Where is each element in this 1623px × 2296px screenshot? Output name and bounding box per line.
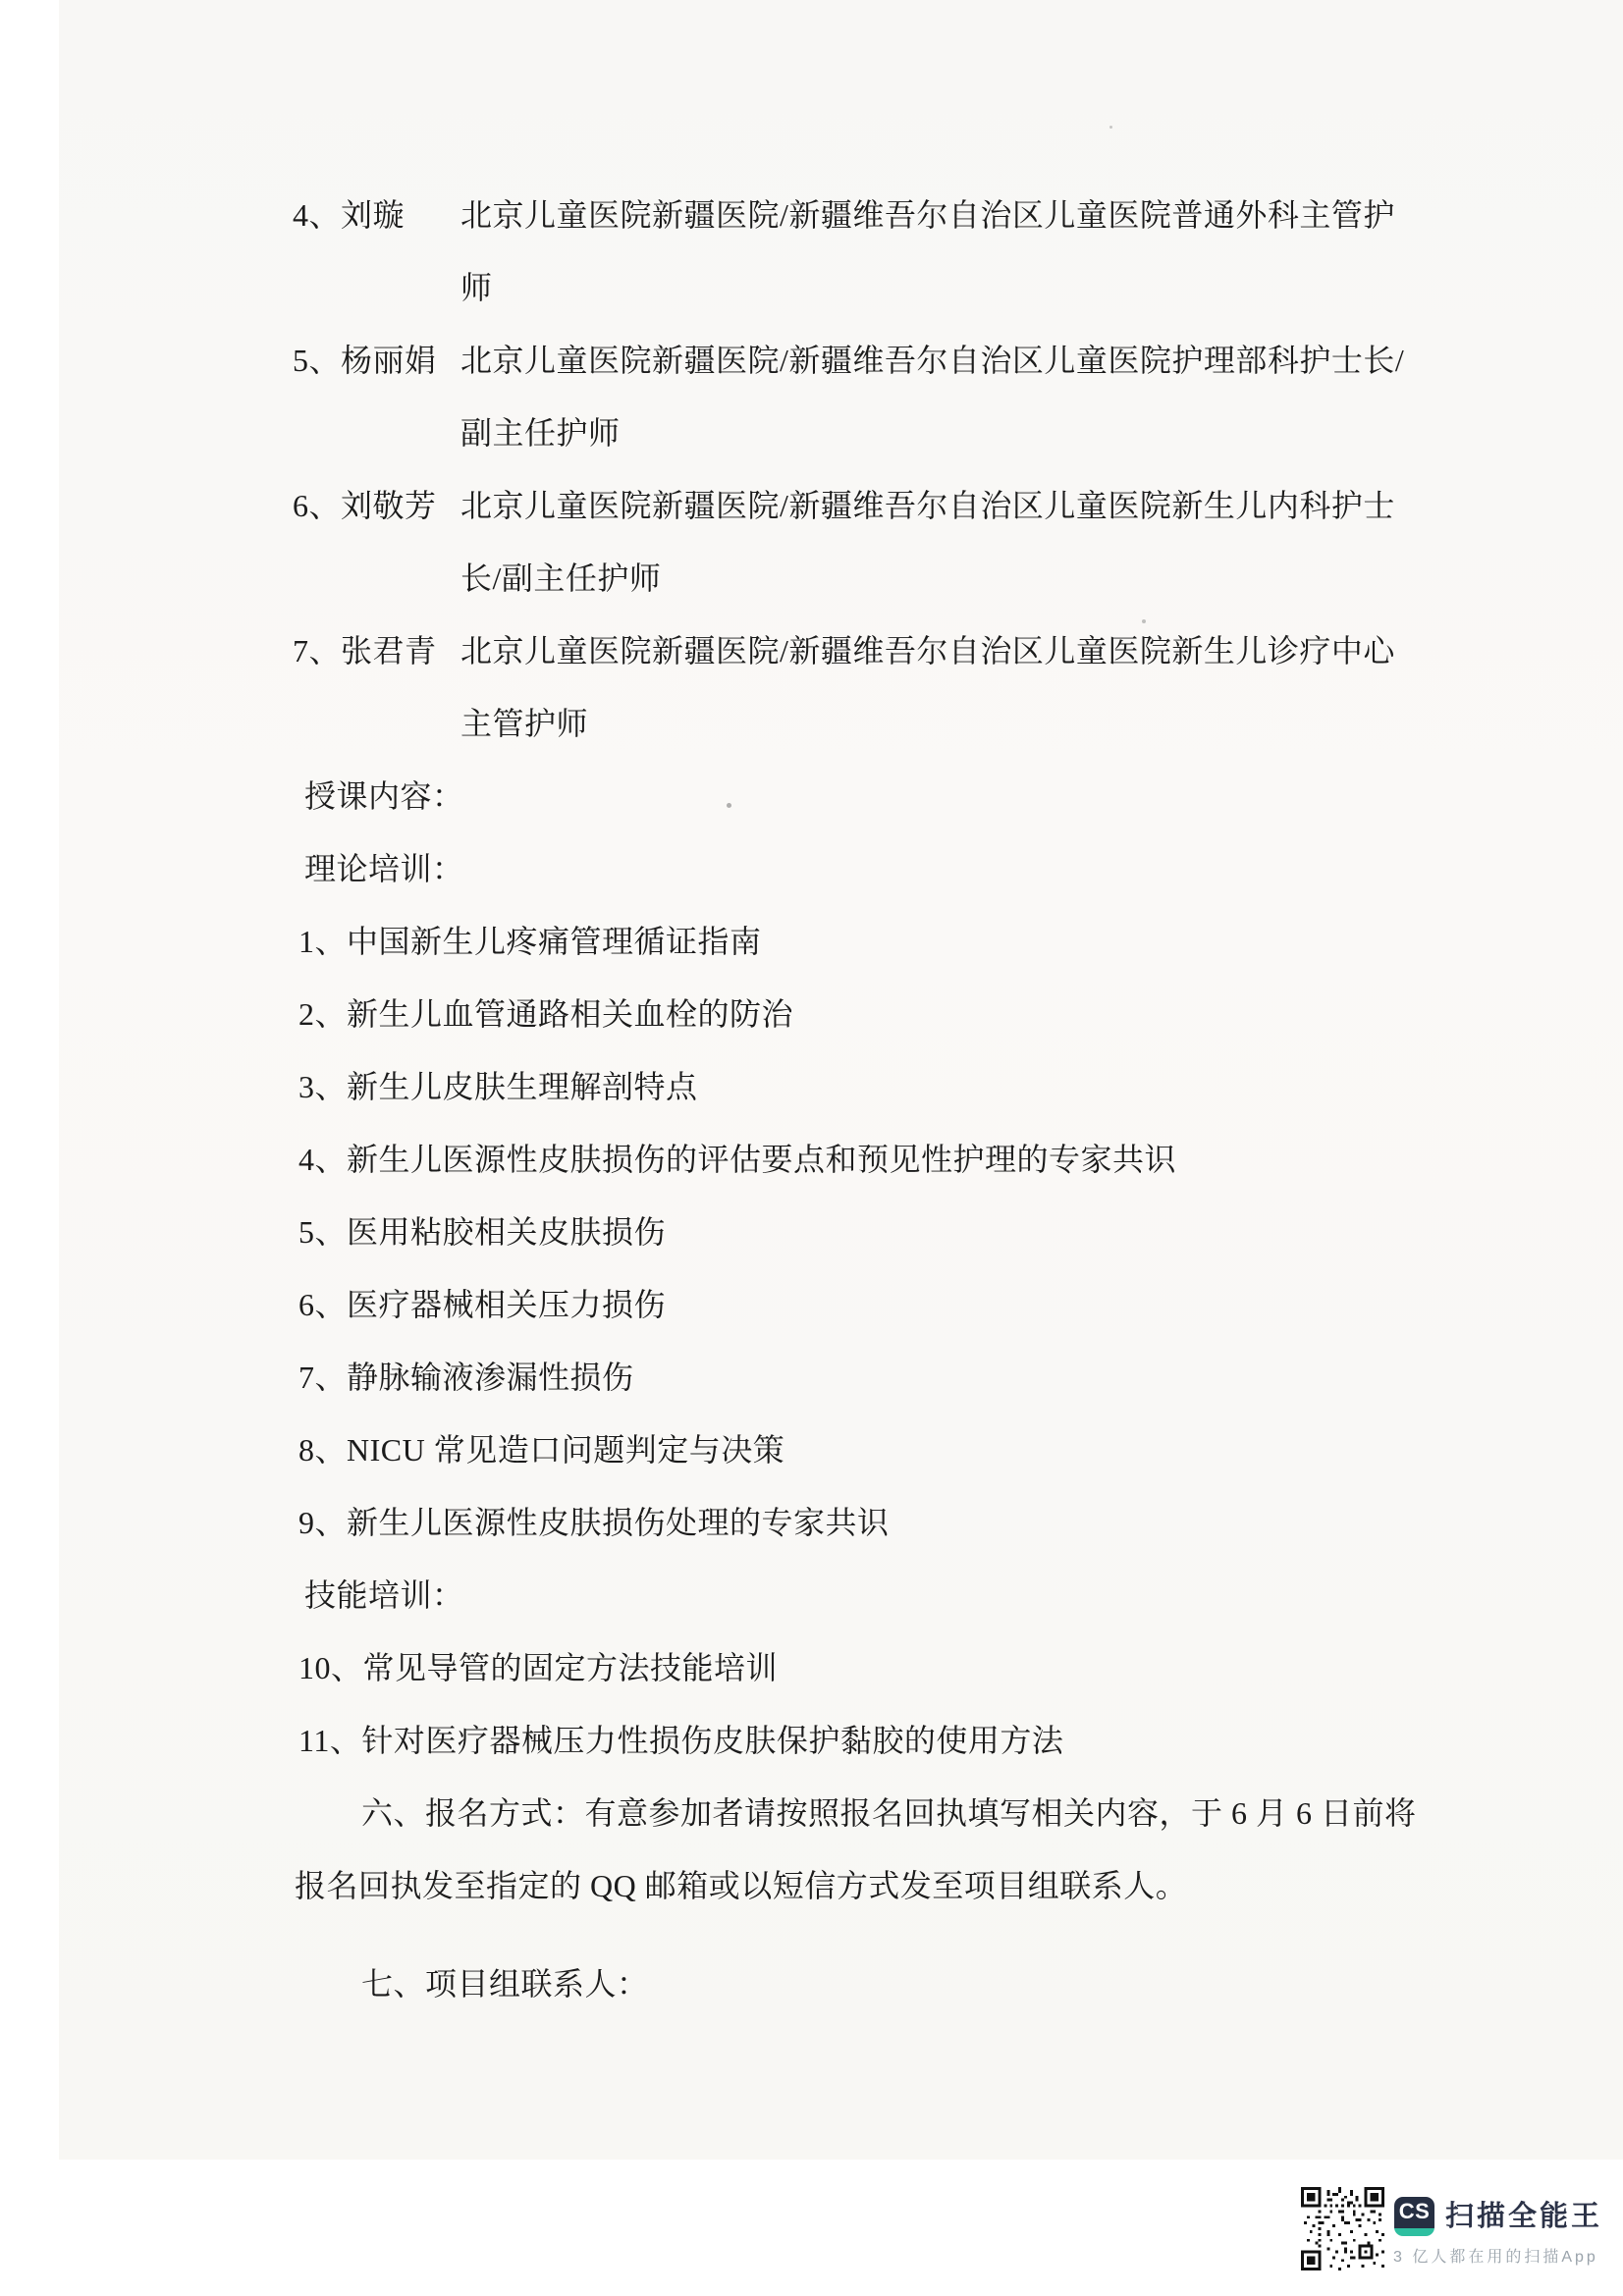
scanned-paper-area: 4、刘璇 北京儿童医院新疆医院/新疆维吾尔自治区儿童医院普通外科主管护 师 5、… bbox=[59, 0, 1623, 2160]
paragraph-six-line2-row: 报名回执发至指定的 QQ 邮箱或以短信方式发至项目组联系人。 bbox=[59, 1849, 1623, 1922]
list-item: 9、新生儿医源性皮肤损伤处理的专家共识 bbox=[59, 1486, 1623, 1559]
watermark-app-name: 扫描全能王 bbox=[1445, 2197, 1602, 2236]
instructor-number-name: 6、刘敬芳 bbox=[293, 469, 437, 542]
list-item: 1、中国新生儿疼痛管理循证指南 bbox=[59, 905, 1623, 978]
instructor-number-name: 7、张君青 bbox=[293, 614, 437, 687]
skills-item-11: 11、针对医疗器械压力性损伤皮肤保护黏胶的使用方法 bbox=[298, 1704, 1063, 1777]
list-item: 3、新生儿皮肤生理解剖特点 bbox=[59, 1050, 1623, 1123]
scan-speck bbox=[1142, 619, 1146, 623]
instructor-entry-wrap: 副主任护师 bbox=[59, 397, 1623, 469]
theory-label-row: 理论培训： bbox=[59, 832, 1623, 905]
cs-logo-teal-bar bbox=[1394, 2228, 1434, 2236]
paragraph-seven-row: 七、项目组联系人： bbox=[59, 1948, 1623, 2020]
theory-training-label: 理论培训： bbox=[304, 832, 464, 905]
qr-code bbox=[1301, 2187, 1384, 2270]
instructor-affiliation: 北京儿童医院新疆医院/新疆维吾尔自治区儿童医院护理部科护士长/ bbox=[460, 324, 1404, 397]
cs-logo-text: CS bbox=[1394, 2197, 1434, 2228]
watermark-tagline: 3 亿人都在用的扫描App bbox=[1393, 2244, 1598, 2267]
theory-item-6: 6、医疗器械相关压力损伤 bbox=[298, 1268, 666, 1341]
theory-item-9: 9、新生儿医源性皮肤损伤处理的专家共识 bbox=[298, 1486, 890, 1559]
theory-item-4: 4、新生儿医源性皮肤损伤的评估要点和预见性护理的专家共识 bbox=[298, 1123, 1176, 1196]
registration-method-line2: 报名回执发至指定的 QQ 邮箱或以短信方式发至项目组联系人。 bbox=[295, 1849, 1187, 1922]
skills-training-label: 技能培训： bbox=[304, 1559, 464, 1631]
registration-method-line1: 六、报名方式：有意参加者请按照报名回执填写相关内容，于 6 月 6 日前将 bbox=[361, 1777, 1417, 1849]
theory-item-3: 3、新生儿皮肤生理解剖特点 bbox=[298, 1050, 698, 1123]
instructor-entry-wrap: 师 bbox=[59, 251, 1623, 324]
instructor-entry: 6、刘敬芳 北京儿童医院新疆医院/新疆维吾尔自治区儿童医院新生儿内科护士 bbox=[59, 469, 1623, 542]
instructor-affiliation-cont: 副主任护师 bbox=[460, 397, 621, 469]
instructor-affiliation: 北京儿童医院新疆医院/新疆维吾尔自治区儿童医院新生儿诊疗中心 bbox=[460, 614, 1395, 687]
instructor-entry-wrap: 主管护师 bbox=[59, 687, 1623, 760]
instructor-affiliation-cont: 长/副主任护师 bbox=[460, 542, 661, 614]
instructor-entry: 4、刘璇 北京儿童医院新疆医院/新疆维吾尔自治区儿童医院普通外科主管护 bbox=[59, 179, 1623, 251]
list-item: 6、医疗器械相关压力损伤 bbox=[59, 1268, 1623, 1341]
camscanner-logo-icon: CS bbox=[1394, 2197, 1434, 2236]
theory-item-8: 8、NICU 常见造口问题判定与决策 bbox=[298, 1414, 784, 1486]
scanned-document-page: 4、刘璇 北京儿童医院新疆医院/新疆维吾尔自治区儿童医院普通外科主管护 师 5、… bbox=[0, 0, 1623, 2296]
section-heading: 授课内容： bbox=[304, 760, 464, 832]
instructor-number-name: 4、刘璇 bbox=[293, 179, 405, 251]
scan-speck bbox=[727, 803, 731, 808]
list-item: 4、新生儿医源性皮肤损伤的评估要点和预见性护理的专家共识 bbox=[59, 1123, 1623, 1196]
instructor-affiliation-cont: 师 bbox=[460, 251, 493, 324]
theory-item-1: 1、中国新生儿疼痛管理循证指南 bbox=[298, 905, 762, 978]
instructor-number-name: 5、杨丽娟 bbox=[293, 324, 437, 397]
list-item: 7、静脉输液渗漏性损伤 bbox=[59, 1341, 1623, 1414]
instructor-entry: 7、张君青 北京儿童医院新疆医院/新疆维吾尔自治区儿童医院新生儿诊疗中心 bbox=[59, 614, 1623, 687]
theory-item-7: 7、静脉输液渗漏性损伤 bbox=[298, 1341, 634, 1414]
theory-item-5: 5、医用粘胶相关皮肤损伤 bbox=[298, 1196, 666, 1268]
list-item: 2、新生儿血管通路相关血栓的防治 bbox=[59, 978, 1623, 1050]
skills-item-10: 10、常见导管的固定方法技能培训 bbox=[298, 1631, 778, 1704]
instructor-affiliation-cont: 主管护师 bbox=[460, 687, 588, 760]
instructor-entry: 5、杨丽娟 北京儿童医院新疆医院/新疆维吾尔自治区儿童医院护理部科护士长/ bbox=[59, 324, 1623, 397]
instructor-entry-wrap: 长/副主任护师 bbox=[59, 542, 1623, 614]
document-body: 4、刘璇 北京儿童医院新疆医院/新疆维吾尔自治区儿童医院普通外科主管护 师 5、… bbox=[59, 0, 1623, 2020]
paragraph-six-line1-row: 六、报名方式：有意参加者请按照报名回执填写相关内容，于 6 月 6 日前将 bbox=[59, 1777, 1623, 1849]
instructor-affiliation: 北京儿童医院新疆医院/新疆维吾尔自治区儿童医院普通外科主管护 bbox=[460, 179, 1395, 251]
section-heading-row: 授课内容： bbox=[59, 760, 1623, 832]
project-contacts-heading: 七、项目组联系人： bbox=[361, 1948, 649, 2020]
list-item: 10、常见导管的固定方法技能培训 bbox=[59, 1631, 1623, 1704]
scan-speck bbox=[1109, 126, 1112, 129]
skills-label-row: 技能培训： bbox=[59, 1559, 1623, 1631]
list-item: 11、针对医疗器械压力性损伤皮肤保护黏胶的使用方法 bbox=[59, 1704, 1623, 1777]
theory-item-2: 2、新生儿血管通路相关血栓的防治 bbox=[298, 978, 793, 1050]
list-item: 5、医用粘胶相关皮肤损伤 bbox=[59, 1196, 1623, 1268]
list-item: 8、NICU 常见造口问题判定与决策 bbox=[59, 1414, 1623, 1486]
instructor-affiliation: 北京儿童医院新疆医院/新疆维吾尔自治区儿童医院新生儿内科护士 bbox=[460, 469, 1395, 542]
